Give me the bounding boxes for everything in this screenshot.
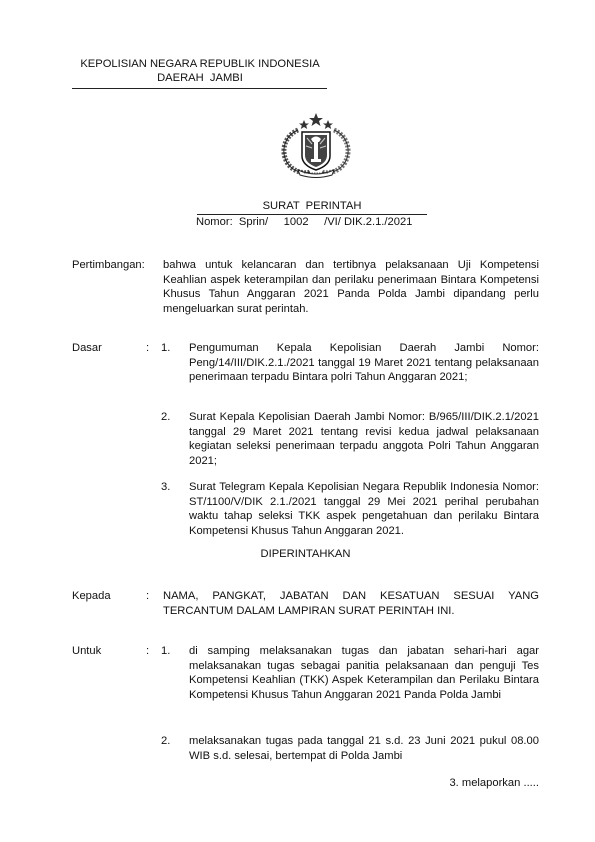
untuk-colon: : xyxy=(146,644,149,659)
dasar-item-text: Surat Kepala Kepolisian Daerah Jambi Nom… xyxy=(189,410,539,468)
dasar-item-number: 1. xyxy=(161,341,170,356)
untuk-item-number: 1. xyxy=(161,644,170,659)
untuk-item-text: di samping melaksanakan tugas dan jabata… xyxy=(189,644,539,702)
diperintahkan-heading: DIPERINTAHKAN xyxy=(72,547,539,562)
untuk-item-number: 2. xyxy=(161,734,170,749)
untuk-label: Untuk xyxy=(72,644,101,659)
kepada-text: NAMA, PANGKAT, JABATAN DAN KESATUAN SESU… xyxy=(163,589,539,618)
dasar-label: Dasar xyxy=(72,341,102,356)
pertimbangan-text: bahwa untuk kelancaran dan tertibnya pel… xyxy=(163,258,539,316)
document-title: SURAT PERINTAH xyxy=(197,199,427,214)
institution-name: KEPOLISIAN NEGARA REPUBLIK INDONESIA xyxy=(72,57,328,72)
dasar-item-text: Pengumuman Kepala Kepolisian Daerah Jamb… xyxy=(189,341,539,385)
kepada-label: Kepada xyxy=(72,589,111,604)
kepada-colon: : xyxy=(146,589,149,604)
document-number: Nomor: Sprin/ 1002 /VI/ DIK.2.1./2021 xyxy=(196,215,436,230)
continuation-marker: 3. melaporkan ..... xyxy=(400,776,539,791)
dasar-item-number: 2. xyxy=(161,410,170,425)
region-name: DAERAH JAMBI xyxy=(72,71,328,86)
polri-emblem-icon xyxy=(276,112,356,180)
dasar-colon: : xyxy=(146,341,149,356)
dasar-item-number: 3. xyxy=(161,480,170,495)
pertimbangan-label: Pertimbangan: xyxy=(72,258,145,273)
header-underline xyxy=(72,88,327,89)
dasar-item-text: Surat Telegram Kepala Kepolisian Negara … xyxy=(189,480,539,538)
untuk-item-text: melaksanakan tugas pada tanggal 21 s.d. … xyxy=(189,734,539,763)
